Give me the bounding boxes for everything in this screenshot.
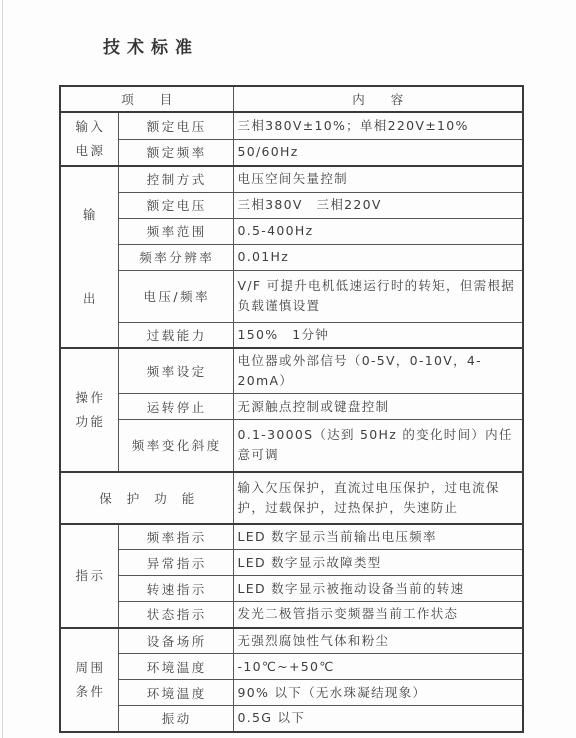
content-cell: 50/60Hz: [233, 139, 523, 166]
content-cell: 电压空间矢量控制: [233, 166, 523, 192]
group-label-line: 出: [65, 287, 114, 311]
table-row: 周围 条件 设备场所 无强烈腐蚀性气体和粉尘: [60, 628, 523, 654]
table-row: 额定电压 三相380V 三相220V: [60, 192, 523, 218]
group-label-operation: 操作 功能: [60, 348, 118, 472]
table-row: 输入 电源 额定电压 三相380V±10%；单相220V±10%: [60, 112, 523, 139]
spec-table: 项目 内容 输入 电源 额定电压 三相380V±10%；单相220V±10% 额…: [59, 85, 524, 733]
item-cell: 环境温度: [118, 680, 233, 706]
content-cell: 150% 1分钟: [233, 322, 523, 348]
item-cell: 频率分辨率: [118, 244, 233, 270]
column-header-content: 内容: [233, 86, 523, 112]
column-header-item: 项目: [60, 86, 233, 112]
item-cell: 电压/频率: [118, 270, 233, 322]
item-cell: 额定电压: [118, 192, 233, 218]
item-cell: 额定电压: [118, 112, 233, 139]
item-cell: 控制方式: [118, 166, 233, 192]
content-cell: 无源触点控制或键盘控制: [233, 394, 523, 420]
item-cell: 状态指示: [118, 602, 233, 628]
table-row: 振动 0.5G 以下: [60, 706, 523, 732]
item-cell: 设备场所: [118, 628, 233, 654]
table-row: 运转停止 无源触点控制或键盘控制: [60, 394, 523, 420]
table-row: 保护功能 输入欠压保护，直流过电压保护，过电流保护，过载保护，过热保护，失速防止: [60, 472, 523, 524]
item-cell: 运转停止: [118, 394, 233, 420]
table-row: 频率分辨率 0.01Hz: [60, 244, 523, 270]
group-label-line: 指示: [65, 564, 114, 588]
content-cell: 0.1-3000S（达到 50Hz 的变化时间）内任意可调: [233, 420, 523, 472]
table-row: 状态指示 发光二极管指示变频器当前工作状态: [60, 602, 523, 628]
table-row: 频率变化斜度 0.1-3000S（达到 50Hz 的变化时间）内任意可调: [60, 420, 523, 472]
content-cell: LED 数字显示故障类型: [233, 550, 523, 576]
table-row: 环境温度 -10℃~+50℃: [60, 654, 523, 680]
table-row: 过载能力 150% 1分钟: [60, 322, 523, 348]
table-row: 环境温度 90% 以下（无水珠凝结现象）: [60, 680, 523, 706]
content-cell: 三相380V±10%；单相220V±10%: [233, 112, 523, 139]
group-label-protection: 保护功能: [60, 472, 233, 524]
content-cell: V/F 可提升电机低速运行时的转矩，但需根据负载谨慎设置: [233, 270, 523, 322]
table-row: 电压/频率 V/F 可提升电机低速运行时的转矩，但需根据负载谨慎设置: [60, 270, 523, 322]
table-row: 转速指示 LED 数字显示被拖动设备当前的转速: [60, 576, 523, 602]
item-cell: 频率变化斜度: [118, 420, 233, 472]
item-cell: 转速指示: [118, 576, 233, 602]
group-label-line: 电源: [65, 139, 114, 163]
content-cell: 90% 以下（无水珠凝结现象）: [233, 680, 523, 706]
item-cell: 振动: [118, 706, 233, 732]
item-cell: 频率设定: [118, 348, 233, 394]
content-cell: 0.5G 以下: [233, 706, 523, 732]
group-label-line: 输: [65, 203, 114, 227]
content-cell: 三相380V 三相220V: [233, 192, 523, 218]
group-label-environment: 周围 条件: [60, 628, 118, 732]
content-cell: 无强烈腐蚀性气体和粉尘: [233, 628, 523, 654]
group-label-input-power: 输入 电源: [60, 112, 118, 166]
table-row: 异常指示 LED 数字显示故障类型: [60, 550, 523, 576]
table-row: 额定频率 50/60Hz: [60, 139, 523, 166]
content-cell: 电位器或外部信号（0-5V，0-10V，4-20mA）: [233, 348, 523, 394]
item-cell: 异常指示: [118, 550, 233, 576]
item-cell: 额定频率: [118, 139, 233, 166]
group-label-line: 条件: [65, 680, 114, 704]
page-title: 技术标准: [103, 33, 199, 58]
group-label-line: 操作: [65, 386, 114, 410]
content-cell: -10℃~+50℃: [233, 654, 523, 680]
content-cell: 0.01Hz: [233, 244, 523, 270]
item-cell: 频率指示: [118, 524, 233, 550]
page-edge-line: [2, 0, 3, 738]
group-label-line: 输入: [65, 115, 114, 139]
group-label-line: 周围: [65, 656, 114, 680]
group-label-indication: 指示: [60, 524, 118, 628]
content-cell: 0.5-400Hz: [233, 218, 523, 244]
table-row: 输 出 控制方式 电压空间矢量控制: [60, 166, 523, 192]
content-cell: LED 数字显示当前输出电压频率: [233, 524, 523, 550]
table-row: 指示 频率指示 LED 数字显示当前输出电压频率: [60, 524, 523, 550]
item-cell: 环境温度: [118, 654, 233, 680]
table-row: 频率范围 0.5-400Hz: [60, 218, 523, 244]
document-page: 技术标准 项目 内容 输入 电源 额定电压 三相380V±10%；单相220V±…: [0, 0, 576, 738]
content-cell: 发光二极管指示变频器当前工作状态: [233, 602, 523, 628]
item-cell: 频率范围: [118, 218, 233, 244]
content-cell: LED 数字显示被拖动设备当前的转速: [233, 576, 523, 602]
group-label-line: 功能: [65, 410, 114, 434]
table-header-row: 项目 内容: [60, 86, 523, 112]
group-label-output: 输 出: [60, 166, 118, 348]
content-cell: 输入欠压保护，直流过电压保护，过电流保护，过载保护，过热保护，失速防止: [233, 472, 523, 524]
item-cell: 过载能力: [118, 322, 233, 348]
table-row: 操作 功能 频率设定 电位器或外部信号（0-5V，0-10V，4-20mA）: [60, 348, 523, 394]
